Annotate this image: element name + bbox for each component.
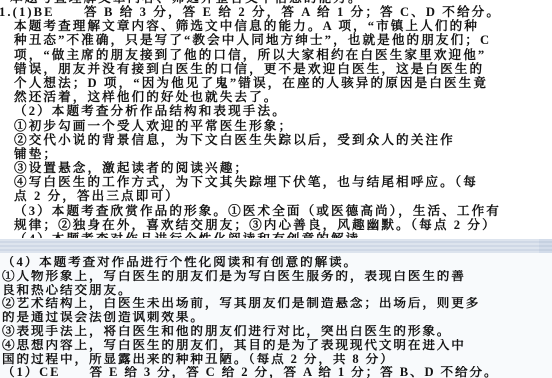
text-line: ③表现手法上，将白医生和他的朋友们进行对比，突出白医生的形象。 [0, 325, 552, 339]
text-line: ②交代小说的背景信息，为下文白医生失踪以后，受到众人的关注作 [0, 133, 552, 147]
text-line: 1.(1)BE 答 B 给 3 分，答 E 给 2 分，答 A 给 1 分；答 … [0, 5, 552, 19]
clipped-text-line: （4）本题考查对作品进行个性化阅读和有创意的解读。 [0, 232, 552, 238]
answer-section-q1: 本题考查理解文章内容、筛选并整合文中信息的能力。 1.(1)BE 答 B 给 3… [0, 0, 552, 238]
text-line: 点 2 分，答出三点即可） [0, 189, 552, 203]
text-line: 铺垫； [0, 147, 552, 161]
answer-section-q4: （4）本题考查对作品进行个性化阅读和有创意的解读。 ①人物形象上，写白医生的朋友… [0, 253, 552, 378]
text-line: ①初步勾画一个受人欢迎的平常医生形象； [0, 119, 552, 133]
text-line: （4）本题考查对作品进行个性化阅读和有创意的解读。 [0, 256, 552, 270]
text-line: ②艺术结构上，白医生未出场前，写其朋友们是制造悬念；出场后，则更多 [0, 297, 552, 311]
scanned-answer-sheet: 本题考查理解文章内容、筛选并整合文中信息的能力。 1.(1)BE 答 B 给 3… [0, 0, 552, 378]
text-line: 个人想法；D 项，“因为他见了鬼”错误，在座的人骇异的原因是白医生竟 [0, 76, 552, 90]
text-line: 规律；②独身在外，喜欢结交朋友；③内心善良，风趣幽默。（每点 2 分） [0, 218, 552, 232]
text-line: 良和热心结交朋友。 [0, 284, 552, 298]
text-line: ③设置悬念，激起读者的阅读兴趣； [0, 161, 552, 175]
text-line: 错误，朋友并没有接到白医生的口信，更不是欢迎白医生，这是白医生的 [0, 62, 552, 76]
text-line: （3）本题考查欣赏作品的形象。①医术全面（或医德高尚），生活、工作有 [0, 204, 552, 218]
scan-seam-band [0, 239, 552, 253]
clipped-text-line: （1）CE 答 E 给 3 分，答 C 给 2 分，答 A 给 1 分；答 B、… [0, 366, 552, 378]
text-line: 的是通过误会法创造讽刺效果。 [0, 311, 552, 325]
text-line: 国的过程中，所显露出来的种种丑陋。（每点 2 分，共 8 分） [0, 353, 552, 367]
text-line: 然还活着，这样他们的好处也就失去了。 [0, 90, 552, 104]
text-line: ④写白医生的工作方式，为下文其失踪埋下伏笔，也与结尾相呼应。（每 [0, 175, 552, 189]
text-line: （2）本题考查分析作品结构和表现手法。 [0, 104, 552, 118]
text-line: 种丑态”不准确，只是写了“教会中人同地方绅士”，也就是他的朋友们；C [0, 33, 552, 47]
text-line: ④思想内容上，写白医生的朋友们，其目的是为了表现现代文明在进入中 [0, 339, 552, 353]
text-line: 本题考查理解文章内容、筛选文中信息的能力。A 项，“市镇上人们的种 [0, 19, 552, 33]
text-line: 项，“做主席的朋友接到了他的口信，所以大家相约在白医生家里欢迎他” [0, 48, 552, 62]
text-line: ①人物形象上，写白医生的朋友们是为写白医生服务的，表现白医生的善 [0, 270, 552, 284]
